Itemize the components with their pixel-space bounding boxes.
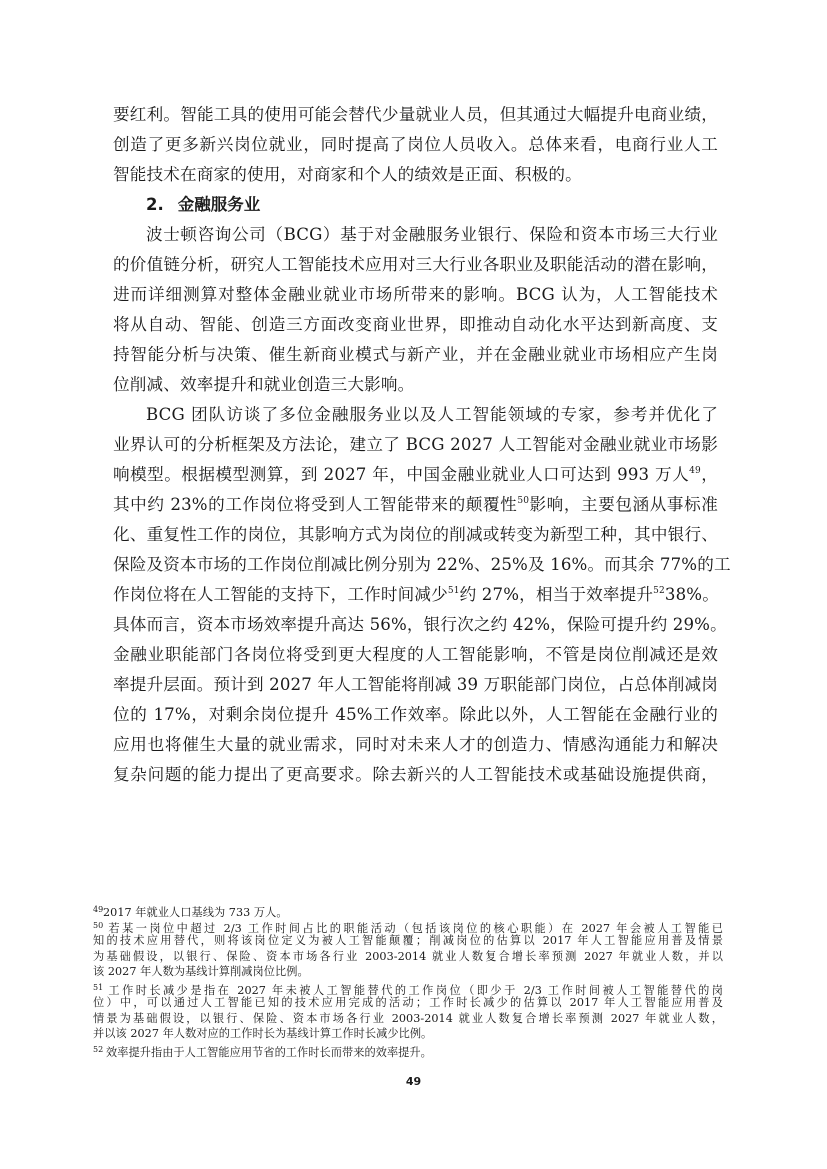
text-line: 位削减、效率提升和就业创造三大影响。 bbox=[113, 370, 718, 400]
text-line: 智能技术在商家的使用，对商家和个人的绩效是正面、积极的。 bbox=[113, 160, 718, 190]
footnote-mark: 52 bbox=[93, 1042, 106, 1058]
footnote-line: 为基础假设，以银行、保险、资本市场各行业 2003-2014 就业人数复合增长率… bbox=[93, 949, 723, 965]
text-line: 位的 17%，对剩余岗位提升 45%工作效率。除此以外，人工智能在金融行业的 bbox=[113, 700, 718, 730]
section-heading: 2. 金融服务业 bbox=[113, 190, 718, 220]
footnote-mark: 51 bbox=[93, 980, 106, 996]
footnote-49: 492017 年就业人口基线为 733 万人。 bbox=[93, 902, 723, 918]
footnote-line: 位）中，可以通过人工智能已知的技术应用完成的活动；工作时长减少的估算以 2017… bbox=[93, 995, 723, 1011]
text-line: 创造了更多新兴岗位就业，同时提高了岗位人员收入。总体来看，电商行业人工 bbox=[113, 130, 718, 160]
footnotes: 492017 年就业人口基线为 733 万人。 50若某一岗位中超过 2/3 工… bbox=[93, 902, 723, 1057]
footnote-ref-52[interactable]: 52 bbox=[653, 586, 665, 596]
footnote-line: 51工作时长减少是指在 2027 年未被人工智能替代的工作岗位（即少于 2/3 … bbox=[93, 980, 723, 996]
footnote-line: 知的技术应用替代，则将该岗位定义为被人工智能颠覆；削减岗位的估算以 2017 年… bbox=[93, 933, 723, 949]
footnote-mark: 49 bbox=[93, 902, 103, 918]
text-line: 响模型。根据模型测算，到 2027 年，中国金融业就业人口可达到 993 万人4… bbox=[113, 460, 718, 490]
footnote-line: 该 2027 年人数为基线计算削减岗位比例。 bbox=[93, 964, 723, 980]
text-line: 波士顿咨询公司（BCG）基于对金融服务业银行、保险和资本市场三大行业 bbox=[113, 220, 718, 250]
text-line: 其中约 23%的工作岗位将受到人工智能带来的颠覆性50影响，主要包涵从事标准 bbox=[113, 490, 718, 520]
text-line: 持智能分析与决策、催生新商业模式与新产业，并在金融业就业市场相应产生岗 bbox=[113, 340, 718, 370]
text-segment: 作岗位将在人工智能的支持下，工作时间减少 bbox=[113, 585, 448, 604]
footnote-line: 52效率提升指由于人工智能应用节省的工作时长而带来的效率提升。 bbox=[93, 1042, 723, 1058]
text-line: 金融业职能部门各岗位将受到更大程度的人工智能影响，不管是岗位削减还是效 bbox=[113, 640, 718, 670]
text-line: 业界认可的分析框架及方法论，建立了 BCG 2027 人工智能对金融业就业市场影 bbox=[113, 430, 718, 460]
footnote-ref-50[interactable]: 50 bbox=[517, 496, 529, 506]
text-line: 要红利。智能工具的使用可能会替代少量就业人员，但其通过大幅提升电商业绩， bbox=[113, 100, 718, 130]
footnote-mark: 50 bbox=[93, 918, 106, 934]
document-page: 要红利。智能工具的使用可能会替代少量就业人员，但其通过大幅提升电商业绩， 创造了… bbox=[0, 0, 827, 1169]
footnote-line: 492017 年就业人口基线为 733 万人。 bbox=[93, 902, 723, 918]
text-segment: 约 27%，相当于效率提升 bbox=[460, 585, 653, 604]
text-line: 进而详细测算对整体金融业就业市场所带来的影响。BCG 认为，人工智能技术 bbox=[113, 280, 718, 310]
text-line: 将从自动、智能、创造三方面改变商业世界，即推动自动化水平达到新高度、支 bbox=[113, 310, 718, 340]
footnote-52: 52效率提升指由于人工智能应用节省的工作时长而带来的效率提升。 bbox=[93, 1042, 723, 1058]
footnote-text: 效率提升指由于人工智能应用节省的工作时长而带来的效率提升。 bbox=[106, 1046, 432, 1059]
text-segment: 影响，主要包涵从事标准 bbox=[529, 495, 718, 514]
text-segment: 38%。 bbox=[665, 585, 719, 604]
text-line: 具体而言，资本市场效率提升高达 56%，银行次之约 42%，保险可提升约 29%… bbox=[113, 610, 718, 640]
footnote-ref-51[interactable]: 51 bbox=[448, 586, 460, 596]
text-segment: ， bbox=[701, 465, 718, 484]
text-segment: 响模型。根据模型测算，到 2027 年，中国金融业就业人口可达到 993 万人 bbox=[113, 465, 689, 484]
paragraph-ecommerce-conclusion: 要红利。智能工具的使用可能会替代少量就业人员，但其通过大幅提升电商业绩， 创造了… bbox=[113, 100, 718, 190]
footnote-line: 情景为基础假设，以银行、保险、资本市场各行业 2003-2014 就业人数复合增… bbox=[93, 1011, 723, 1027]
text-line: 保险及资本市场的工作岗位削减比例分别为 22%、25%及 16%。而其余 77%… bbox=[113, 550, 718, 580]
text-line: BCG 团队访谈了多位金融服务业以及人工智能领域的专家，参考并优化了 bbox=[113, 400, 718, 430]
text-segment: 其中约 23%的工作岗位将受到人工智能带来的颠覆性 bbox=[113, 495, 517, 514]
page-number: 49 bbox=[0, 1075, 827, 1088]
text-line: 应用也将催生大量的就业需求，同时对未来人才的创造力、情感沟通能力和解决 bbox=[113, 730, 718, 760]
text-line: 化、重复性工作的岗位，其影响方式为岗位的削减或转变为新型工种，其中银行、 bbox=[113, 520, 718, 550]
text-line: 作岗位将在人工智能的支持下，工作时间减少51约 27%，相当于效率提升5238%… bbox=[113, 580, 718, 610]
footnote-51: 51工作时长减少是指在 2027 年未被人工智能替代的工作岗位（即少于 2/3 … bbox=[93, 980, 723, 1042]
footnote-ref-49[interactable]: 49 bbox=[689, 466, 701, 476]
text-line: 复杂问题的能力提出了更高要求。除去新兴的人工智能技术或基础设施提供商， bbox=[113, 760, 718, 790]
footnote-line: 并以该 2027 年人数对应的工作时长为基线计算工作时长减少比例。 bbox=[93, 1026, 723, 1042]
footnote-50: 50若某一岗位中超过 2/3 工作时间占比的职能活动（包括该岗位的核心职能）在 … bbox=[93, 918, 723, 980]
paragraph-bcg-model: BCG 团队访谈了多位金融服务业以及人工智能领域的专家，参考并优化了 业界认可的… bbox=[113, 400, 718, 790]
body-text: 要红利。智能工具的使用可能会替代少量就业人员，但其通过大幅提升电商业绩， 创造了… bbox=[113, 100, 718, 790]
text-line: 率提升层面。预计到 2027 年人工智能将削减 39 万职能部门岗位，占总体削减… bbox=[113, 670, 718, 700]
footnote-line: 50若某一岗位中超过 2/3 工作时间占比的职能活动（包括该岗位的核心职能）在 … bbox=[93, 918, 723, 934]
paragraph-bcg-intro: 波士顿咨询公司（BCG）基于对金融服务业银行、保险和资本市场三大行业 的价值链分… bbox=[113, 220, 718, 400]
section-title: 金融服务业 bbox=[178, 195, 261, 214]
text-line: 的价值链分析，研究人工智能技术应用对三大行业各职业及职能活动的潜在影响， bbox=[113, 250, 718, 280]
section-number: 2. bbox=[146, 190, 172, 220]
